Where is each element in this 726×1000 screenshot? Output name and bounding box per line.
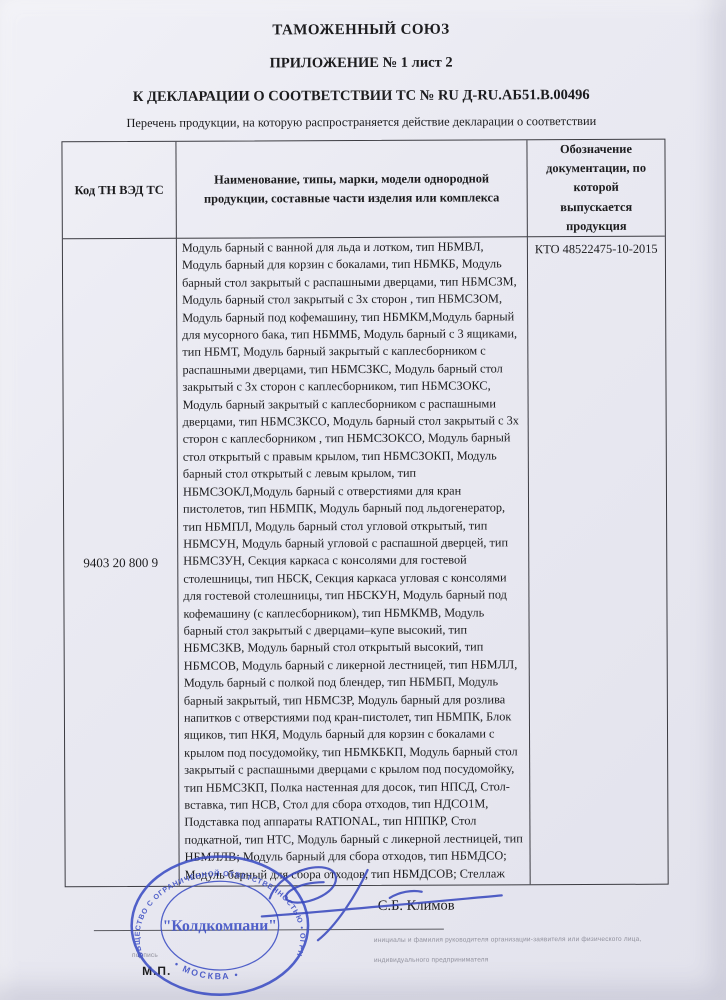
- doc-title: ТАМОЖЕННЫЙ СОЮЗ: [0, 20, 724, 40]
- stamp-city-text: • МОСКВА •: [173, 959, 241, 982]
- table-row-doc-designation: КТО 48522475-10-2015: [528, 237, 668, 885]
- col-header-documentation: Обозначение документации, по которой вып…: [527, 140, 664, 238]
- scanned-document-page: ТАМОЖЕННЫЙ СОЮЗ ПРИЛОЖЕНИЕ № 1 лист 2 К …: [0, 0, 726, 1000]
- table-row-products: Модуль барный с ванной для льда и лотком…: [177, 237, 531, 886]
- table-row-code: 9403 20 800 9: [63, 239, 180, 886]
- products-table: Код ТН ВЭД ТС Наименование, типы, марки,…: [61, 139, 668, 888]
- col-header-product-name: Наименование, типы, марки, модели одноро…: [176, 140, 527, 239]
- svg-text:• МОСКВА •: • МОСКВА •: [173, 959, 241, 982]
- document-sheet: ТАМОЖЕННЫЙ СОЮЗ ПРИЛОЖЕНИЕ № 1 лист 2 К …: [0, 0, 726, 1000]
- signer-caption-line2: индивидуального предпринимателя: [374, 956, 489, 963]
- handwritten-signature-icon: [240, 855, 522, 948]
- doc-subtitle: Перечень продукции, на которую распростр…: [0, 113, 724, 131]
- doc-declaration-number: К ДЕКЛАРАЦИИ О СООТВЕТСТВИИ ТС № RU Д-RU…: [0, 86, 724, 106]
- col-header-code: Код ТН ВЭД ТС: [62, 142, 176, 239]
- doc-appendix-line: ПРИЛОЖЕНИЕ № 1 лист 2: [0, 53, 724, 73]
